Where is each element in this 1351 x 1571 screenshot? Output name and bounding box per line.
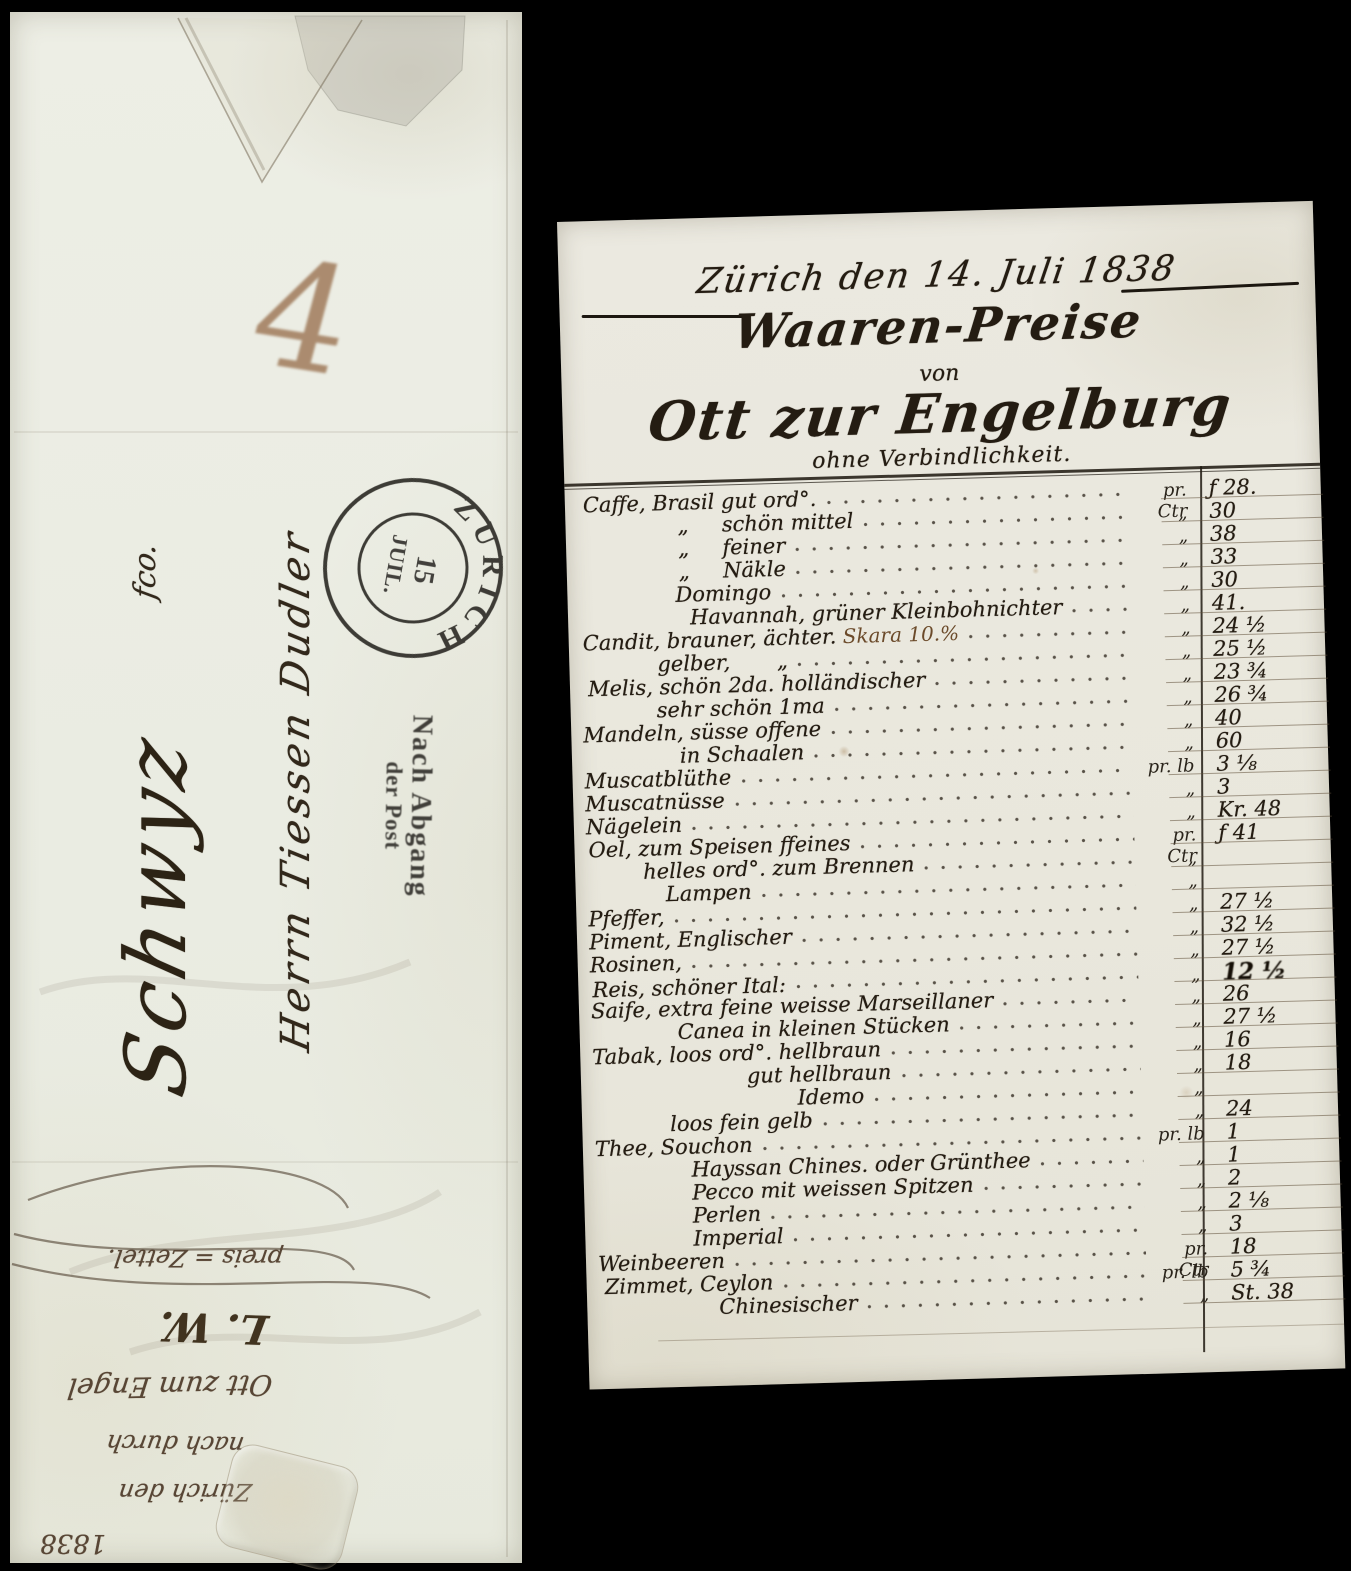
item-label: Perlen	[680, 1202, 761, 1228]
dot-leader	[868, 1296, 1148, 1310]
trailing-rule	[658, 1324, 1344, 1342]
item-label: Idemo	[785, 1084, 864, 1110]
price-list-sheet: Zürich den 14. Juli 1838 Waaren-Preise v…	[557, 201, 1345, 1390]
docket-line-3: Ott zum Engel	[53, 1368, 287, 1405]
docket-line-2: L. W.	[124, 1301, 302, 1354]
letter-cover: 4 ZURICH 15 JUIL. Nach Abgang der Post f…	[10, 12, 522, 1563]
scan-canvas: { "colors": { "background": "#000000", "…	[0, 0, 1351, 1571]
dot-leader	[969, 629, 1129, 639]
postmark-month: JUIL.	[378, 533, 413, 597]
docket-line-1: preis = Zettel.	[83, 1244, 307, 1272]
transit-stamp-line1: Nach Abgang	[403, 681, 437, 931]
transit-stamp: Nach Abgang der Post	[369, 680, 437, 931]
docket-year: 1838	[28, 1528, 118, 1558]
dot-leader	[1003, 997, 1139, 1007]
item-label: Chinesischer	[707, 1291, 858, 1319]
dot-leader	[960, 1020, 1140, 1031]
address-town-line: Schwyz	[107, 622, 223, 1211]
postmark-day: 15	[407, 554, 442, 587]
price-rows: Caffe, Brasil gut ord°. pr. Ctr ƒ 28. „ …	[565, 473, 1344, 1322]
dot-leader	[984, 1181, 1145, 1191]
address-name-line: Herrn Tiessen Dudler	[273, 435, 327, 1146]
zurich-postmark: ZURICH 15 JUIL.	[303, 458, 523, 678]
dot-leader	[935, 675, 1130, 686]
dot-leader	[1041, 1158, 1144, 1167]
dot-leader	[1072, 606, 1128, 614]
